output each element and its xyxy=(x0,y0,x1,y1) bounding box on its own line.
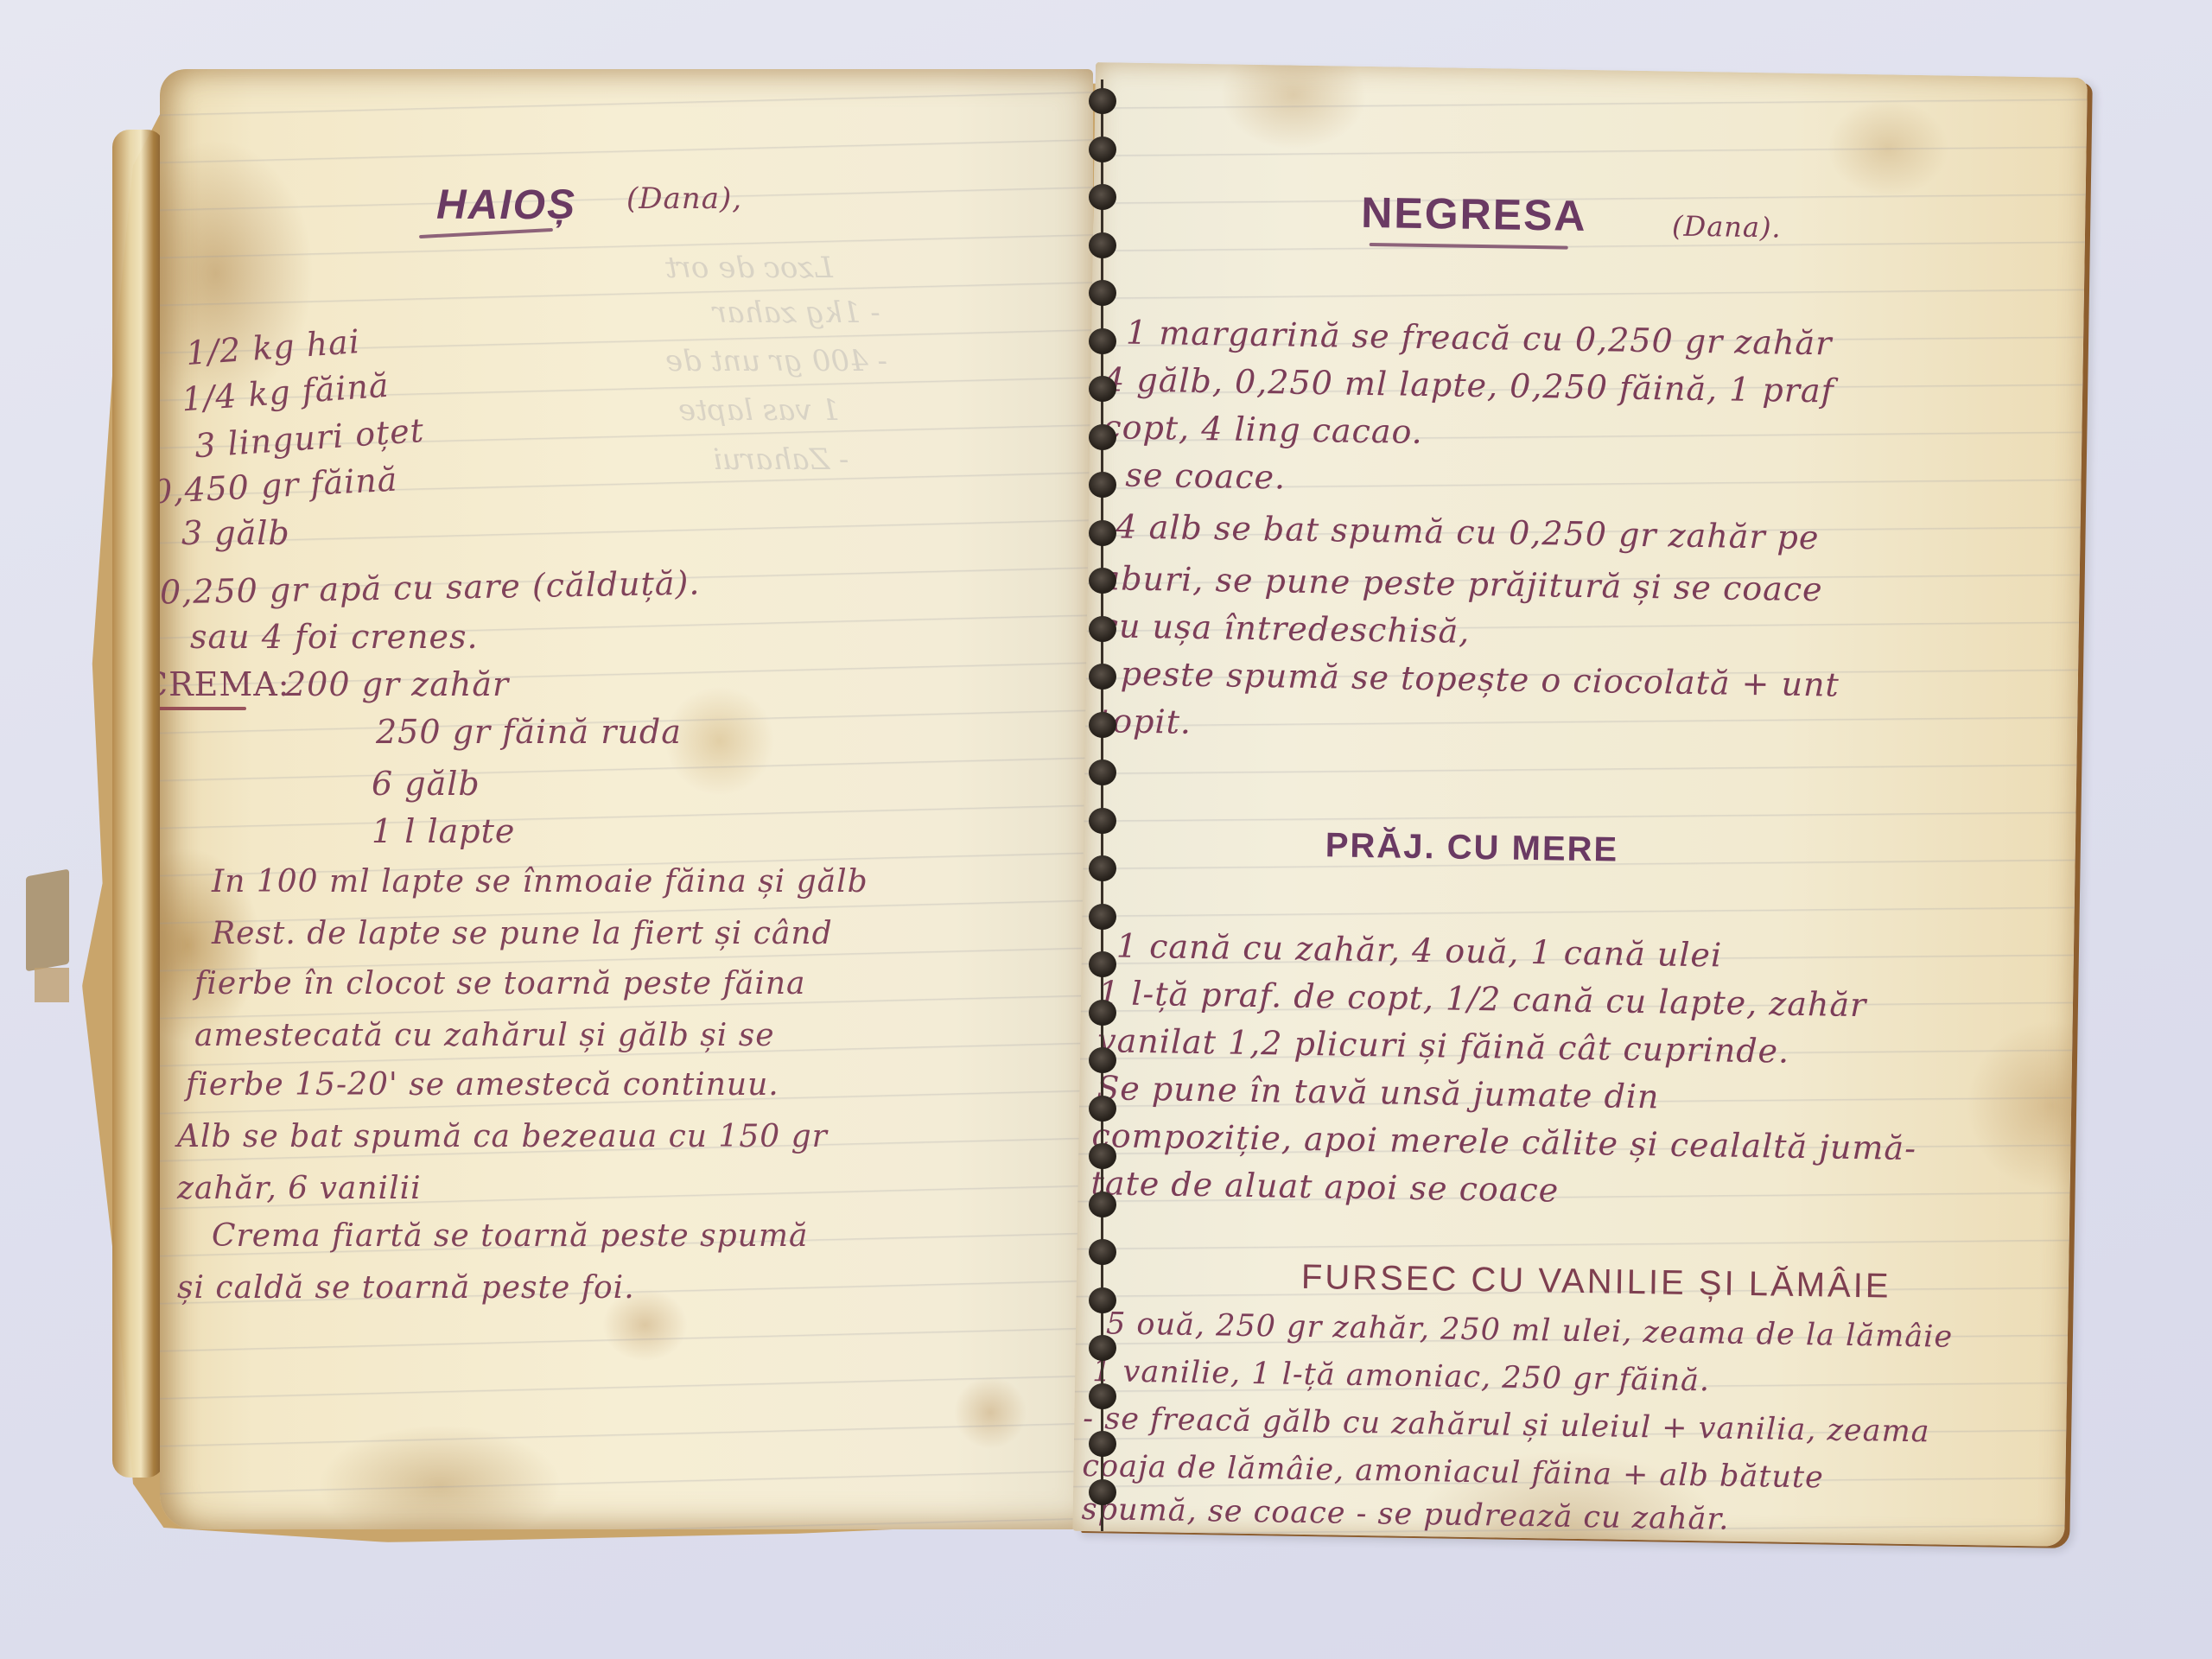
left-page-curled-edge xyxy=(112,130,164,1478)
instruction-line: Crema fiartă se toarnă peste spumă xyxy=(212,1218,808,1254)
binding-hole xyxy=(1089,1335,1116,1361)
bleed-through-text: - Zaharui xyxy=(713,442,849,477)
binding-hole xyxy=(1089,328,1116,354)
binding-hole xyxy=(1089,568,1116,594)
binding-hole xyxy=(1089,137,1116,162)
binding-hole xyxy=(1089,1383,1116,1409)
binding-hole xyxy=(1089,1239,1116,1265)
instruction-line: amestecată cu zahărul și gălb și se xyxy=(194,1018,775,1053)
cream-ingredient-line: 1 l lapte xyxy=(372,812,515,850)
recipe-line: - se coace. xyxy=(1102,455,1286,496)
torn-paper-fragment xyxy=(26,869,69,972)
cream-ingredient-line: 250 gr făină ruda xyxy=(376,713,682,751)
binding-hole xyxy=(1089,951,1116,977)
recipe-line: tate de aluat apoi se coace xyxy=(1090,1164,1559,1210)
binding-hole xyxy=(1089,664,1116,690)
recipe-attribution: (Dana). xyxy=(1672,210,1782,245)
instruction-line: fierbe 15-20' se amestecă continuu. xyxy=(186,1067,779,1103)
recipe-title: PRĂJ. CU MERE xyxy=(1325,826,1618,869)
bleed-through-text: - 1kg zahar xyxy=(713,296,880,330)
recipe-title-haios: HAIOȘ xyxy=(436,181,576,229)
right-page: NEGRESA (Dana). 1 margarină se freacă cu… xyxy=(1072,62,2088,1547)
open-notebook: Lzoc de ort - 1kg zahar - 400 gr unt de … xyxy=(0,0,2212,1659)
ingredient-line: sau 4 foi crenes. xyxy=(190,618,479,656)
binding-hole xyxy=(1089,232,1116,258)
ingredient-line: 3 gălb xyxy=(181,514,290,552)
bleed-through-text: Lzoc de ort xyxy=(665,251,833,285)
instruction-line: In 100 ml lapte se înmoaie făina și gălb xyxy=(212,864,868,899)
binding-hole xyxy=(1089,855,1116,881)
binding-hole xyxy=(1089,88,1116,114)
recipe-line: copt, 4 ling cacao. xyxy=(1103,408,1423,451)
instruction-line: zahăr, 6 vanilii xyxy=(177,1171,422,1206)
binding-hole xyxy=(1089,1431,1116,1457)
bleed-through-text: - 400 gr unt de xyxy=(665,344,887,378)
ruled-lines xyxy=(160,69,1093,1529)
instruction-line: Rest. de lapte se pune la fiert și când xyxy=(212,916,833,951)
binding-hole xyxy=(1089,1287,1116,1313)
binding-hole xyxy=(1089,280,1116,306)
binding-hole xyxy=(1089,376,1116,402)
cream-label: CREMA: xyxy=(160,665,290,703)
cream-ingredient-line: 200 gr zahăr xyxy=(285,665,509,703)
binding-hole xyxy=(1089,520,1116,546)
binding-hole xyxy=(1089,1047,1116,1073)
recipe-title: NEGRESA xyxy=(1361,188,1587,241)
instruction-line: și caldă se toarnă peste foi. xyxy=(177,1270,635,1306)
bleed-through-text: 1 vas lapte xyxy=(678,393,840,428)
binding-hole xyxy=(1089,184,1116,210)
cream-ingredient-line: 6 gălb xyxy=(372,765,480,803)
recipe-line: cu ușa întredeschisă, xyxy=(1099,607,1470,651)
binding-hole xyxy=(1089,808,1116,834)
binding-hole xyxy=(1089,472,1116,498)
spiral-binding xyxy=(1085,79,1120,1531)
binding-hole xyxy=(1089,1192,1116,1217)
binding-hole xyxy=(1089,760,1116,785)
instruction-line: fierbe în clocot se toarnă peste făina xyxy=(194,966,806,1001)
binding-hole xyxy=(1089,1096,1116,1122)
binding-hole xyxy=(1089,1479,1116,1505)
cream-label-underline xyxy=(160,707,246,710)
binding-hole xyxy=(1089,1143,1116,1169)
binding-hole xyxy=(1089,712,1116,738)
binding-hole xyxy=(1089,904,1116,930)
binding-hole xyxy=(1089,424,1116,450)
binding-hole xyxy=(1089,1000,1116,1026)
recipe-attribution: (Dana), xyxy=(626,181,742,216)
torn-paper-fragment xyxy=(35,968,69,1002)
instruction-line: Alb se bat spumă ca bezeaua cu 150 gr xyxy=(177,1119,828,1154)
binding-hole xyxy=(1089,616,1116,642)
left-page: Lzoc de ort - 1kg zahar - 400 gr unt de … xyxy=(160,69,1093,1529)
